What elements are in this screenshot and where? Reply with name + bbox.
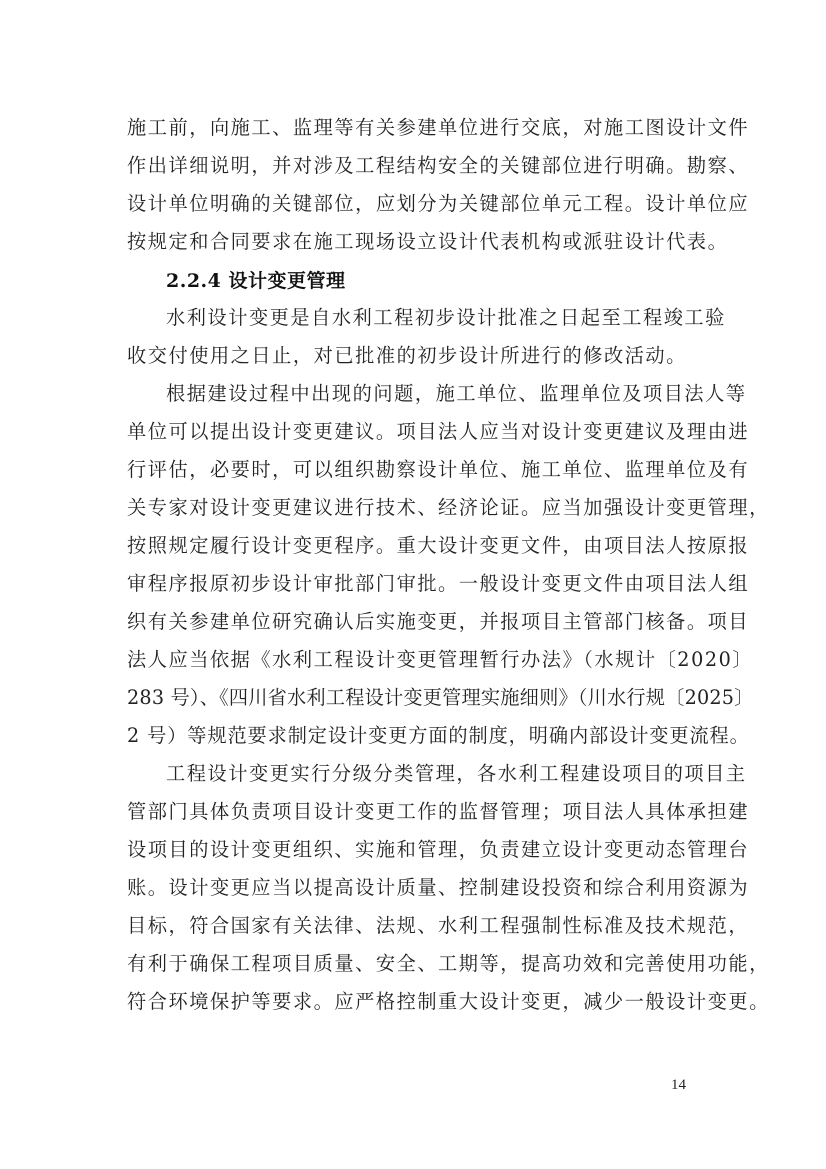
- text-line: 管部门具体负责项目设计变更工作的监督管理；项目法人具体承担建: [127, 797, 707, 827]
- text-line: 有利于确保工程项目质量、安全、工期等，提高功效和完善使用功能，: [127, 949, 707, 979]
- text-line: 单位可以提出设计变更建议。项目法人应当对设计变更建议及理由进: [127, 417, 707, 447]
- text-line: 283 号）、《四川省水利工程设计变更管理实施细则》（川水行规〔2025〕: [127, 683, 707, 713]
- text-line: 法人应当依据《水利工程设计变更管理暂行办法》（水规计〔2020〕: [127, 645, 707, 675]
- section-heading: 2.2.4 设计变更管理: [166, 266, 346, 296]
- paragraph-first-line: 水利设计变更是自水利工程初步设计批准之日起至工程竣工验: [166, 303, 707, 333]
- text-line: 设项目的设计变更组织、实施和管理，负责建立设计变更动态管理台: [127, 835, 707, 865]
- text-line: 按规定和合同要求在施工现场设立设计代表机构或派驻设计代表。: [127, 227, 707, 257]
- text-line: 作出详细说明，并对涉及工程结构安全的关键部位进行明确。勘察、: [127, 151, 707, 181]
- paragraph-first-line: 工程设计变更实行分级分类管理，各水利工程建设项目的项目主: [166, 759, 707, 789]
- paragraph-first-line: 根据建设过程中出现的问题，施工单位、监理单位及项目法人等: [166, 379, 707, 409]
- text-line: 设计单位明确的关键部位，应划分为关键部位单元工程。设计单位应: [127, 189, 707, 219]
- text-line: 审程序报原初步设计审批部门审批。一般设计变更文件由项目法人组: [127, 569, 707, 599]
- text-line: 施工前，向施工、监理等有关参建单位进行交底，对施工图设计文件: [127, 113, 707, 143]
- text-line: 关专家对设计变更建议进行技术、经济论证。应当加强设计变更管理，: [127, 493, 707, 523]
- document-page: 施工前，向施工、监理等有关参建单位进行交底，对施工图设计文件 作出详细说明，并对…: [0, 0, 826, 1169]
- text-line: 账。设计变更应当以提高设计质量、控制建设投资和综合利用资源为: [127, 873, 707, 903]
- text-line: 2 号）等规范要求制定设计变更方面的制度，明确内部设计变更流程。: [127, 721, 707, 751]
- text-line: 目标，符合国家有关法律、法规、水利工程强制性标准及技术规范，: [127, 911, 707, 941]
- text-line: 收交付使用之日止，对已批准的初步设计所进行的修改活动。: [127, 341, 707, 371]
- text-line: 符合环境保护等要求。应严格控制重大设计变更，减少一般设计变更。: [127, 987, 707, 1017]
- page-number: 14: [671, 1075, 686, 1095]
- text-line: 织有关参建单位研究确认后实施变更，并报项目主管部门核备。项目: [127, 607, 707, 637]
- text-line: 行评估，必要时，可以组织勘察设计单位、施工单位、监理单位及有: [127, 455, 707, 485]
- text-line: 按照规定履行设计变更程序。重大设计变更文件，由项目法人按原报: [127, 531, 707, 561]
